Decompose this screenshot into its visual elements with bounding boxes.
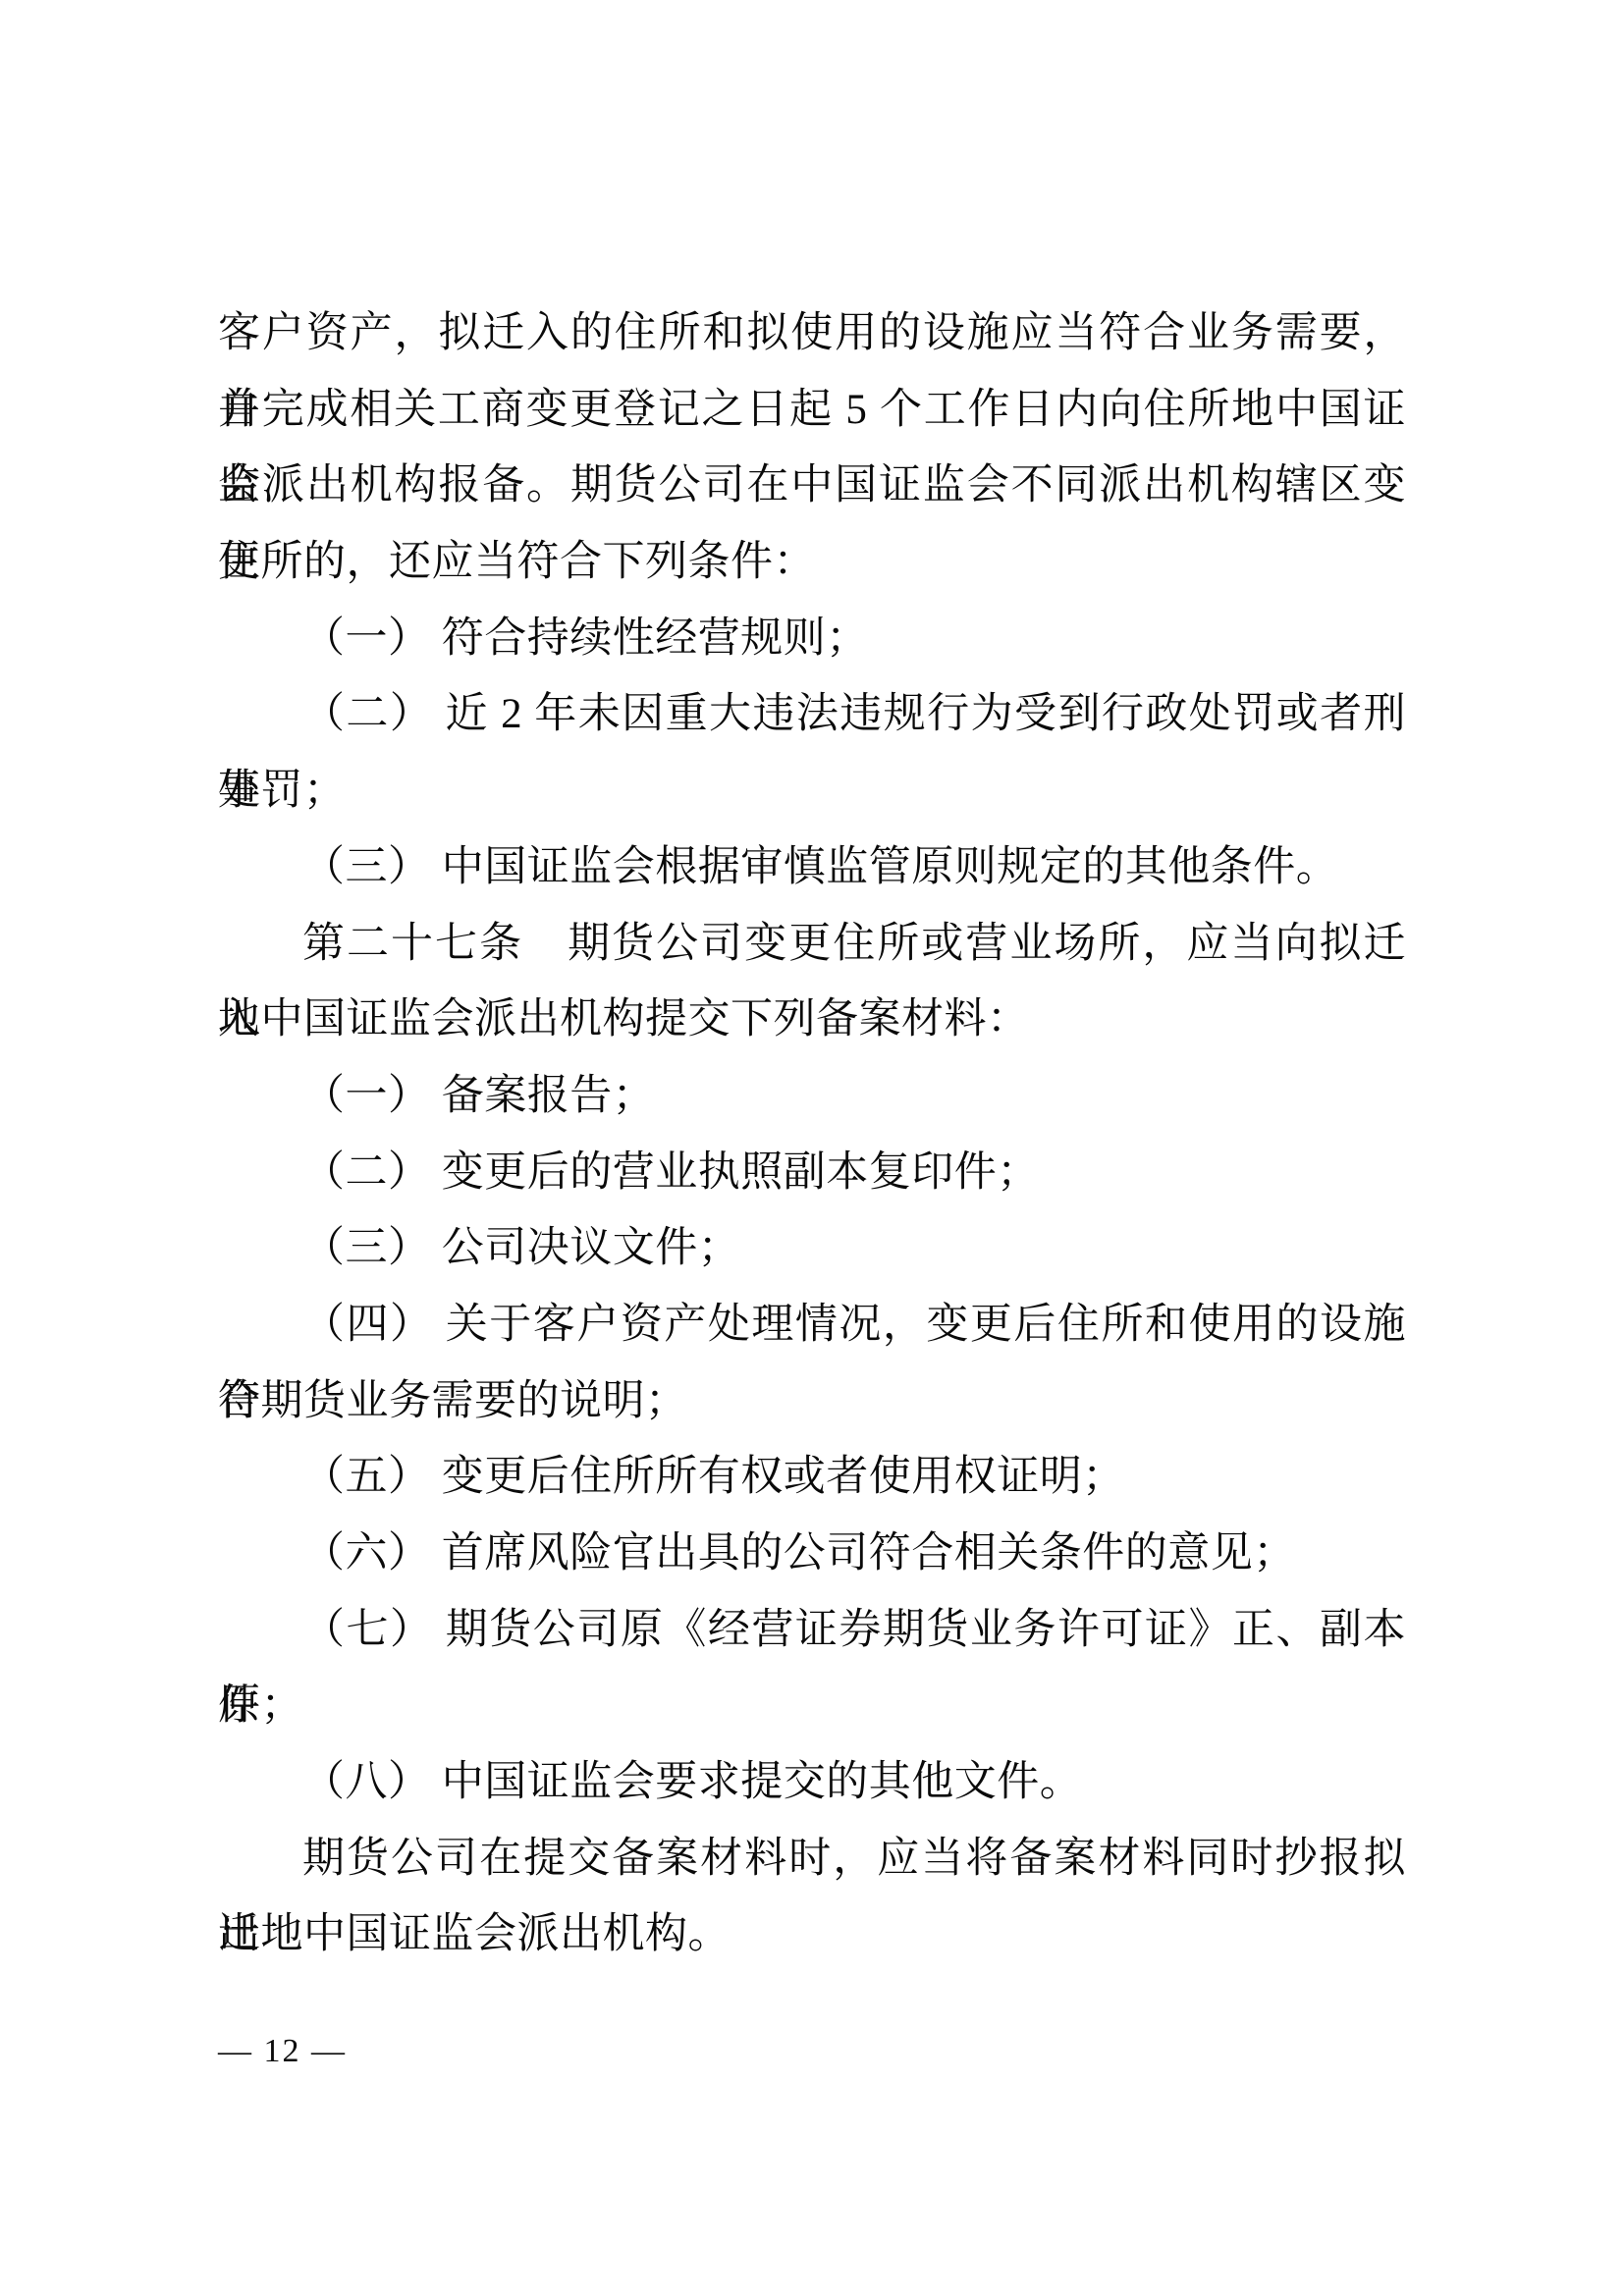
list-item: （一） 备案报告； bbox=[218, 1058, 1406, 1135]
list-item: （八） 中国证监会要求提交的其他文件。 bbox=[218, 1744, 1406, 1821]
text-line: 出地中国证监会派出机构。 bbox=[218, 1896, 1406, 1973]
text-line: 客户资产，拟迁入的住所和拟使用的设施应当符合业务需要，并 bbox=[218, 295, 1406, 372]
text-line: 合期货业务需要的说明； bbox=[218, 1363, 1406, 1440]
list-item: （五） 变更后住所所有权或者使用权证明； bbox=[218, 1439, 1406, 1516]
text-line: 件； bbox=[218, 1668, 1406, 1744]
list-item: （六） 首席风险官出具的公司符合相关条件的意见； bbox=[218, 1516, 1406, 1592]
list-item: （一） 符合持续性经营规则； bbox=[218, 601, 1406, 677]
text-line: 期货公司在提交备案材料时，应当将备案材料同时抄报拟迁 bbox=[218, 1821, 1406, 1897]
list-item: （二） 近 2 年未因重大违法违规行为受到行政处罚或者刑事 bbox=[218, 676, 1406, 753]
list-item: （四） 关于客户资产处理情况，变更后住所和使用的设施符 bbox=[218, 1287, 1406, 1363]
document-body: 客户资产，拟迁入的住所和拟使用的设施应当符合业务需要，并 自完成相关工商变更登记… bbox=[218, 295, 1406, 1973]
text-line: 会派出机构报备。期货公司在中国证监会不同派出机构辖区变更 bbox=[218, 448, 1406, 524]
text-line: 住所的，还应当符合下列条件： bbox=[218, 524, 1406, 601]
list-item: （三） 中国证监会根据审慎监管原则规定的其他条件。 bbox=[218, 829, 1406, 906]
text-line: 处罚； bbox=[218, 753, 1406, 829]
list-item: （三） 公司决议文件； bbox=[218, 1210, 1406, 1287]
document-page: 客户资产，拟迁入的住所和拟使用的设施应当符合业务需要，并 自完成相关工商变更登记… bbox=[0, 0, 1624, 2296]
list-item: （七） 期货公司原《经营证券期货业务许可证》正、副本原 bbox=[218, 1592, 1406, 1669]
text-line: 地中国证监会派出机构提交下列备案材料： bbox=[218, 982, 1406, 1058]
page-number: — 12 — bbox=[218, 2028, 611, 2075]
text-line: 自完成相关工商变更登记之日起 5 个工作日内向住所地中国证监 bbox=[218, 372, 1406, 449]
article-heading-line: 第二十七条 期货公司变更住所或营业场所，应当向拟迁入 bbox=[218, 906, 1406, 983]
list-item: （二） 变更后的营业执照副本复印件； bbox=[218, 1135, 1406, 1211]
